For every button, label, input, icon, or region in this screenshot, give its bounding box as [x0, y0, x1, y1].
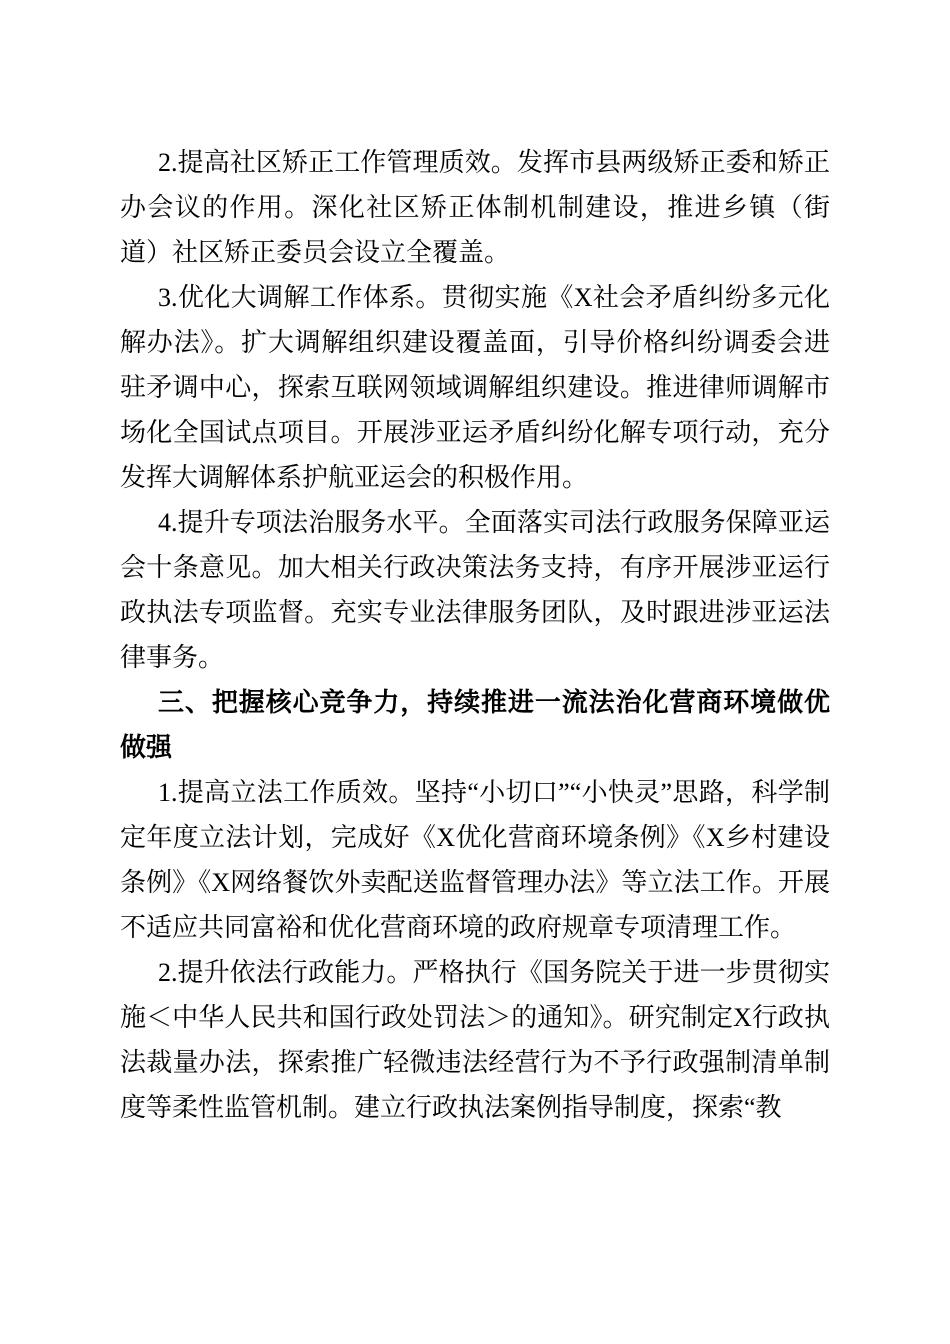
paragraph-community-correction: 2.提高社区矫正工作管理质效。发挥市县两级矫正委和矫正办会议的作用。深化社区矫正… [120, 140, 830, 275]
paragraph-mediation-system: 3.优化大调解工作体系。贯彻实施《X社会矛盾纠纷多元化解办法》。扩大调解组织建设… [120, 275, 830, 500]
paragraph-legislation-quality: 1.提高立法工作质效。坚持“小切口”“小快灵”思路，科学制定年度立法计划，完成好… [120, 770, 830, 950]
document-body: 2.提高社区矫正工作管理质效。发挥市县两级矫正委和矫正办会议的作用。深化社区矫正… [120, 140, 830, 1130]
document-page: 2.提高社区矫正工作管理质效。发挥市县两级矫正委和矫正办会议的作用。深化社区矫正… [0, 0, 950, 1344]
paragraph-administration-capability: 2.提升依法行政能力。严格执行《国务院关于进一步贯彻实施＜中华人民共和国行政处罚… [120, 950, 830, 1130]
section-heading-three: 三、把握核心竞争力，持续推进一流法治化营商环境做优做强 [120, 680, 830, 770]
paragraph-legal-services: 4.提升专项法治服务水平。全面落实司法行政服务保障亚运会十条意见。加大相关行政决… [120, 500, 830, 680]
